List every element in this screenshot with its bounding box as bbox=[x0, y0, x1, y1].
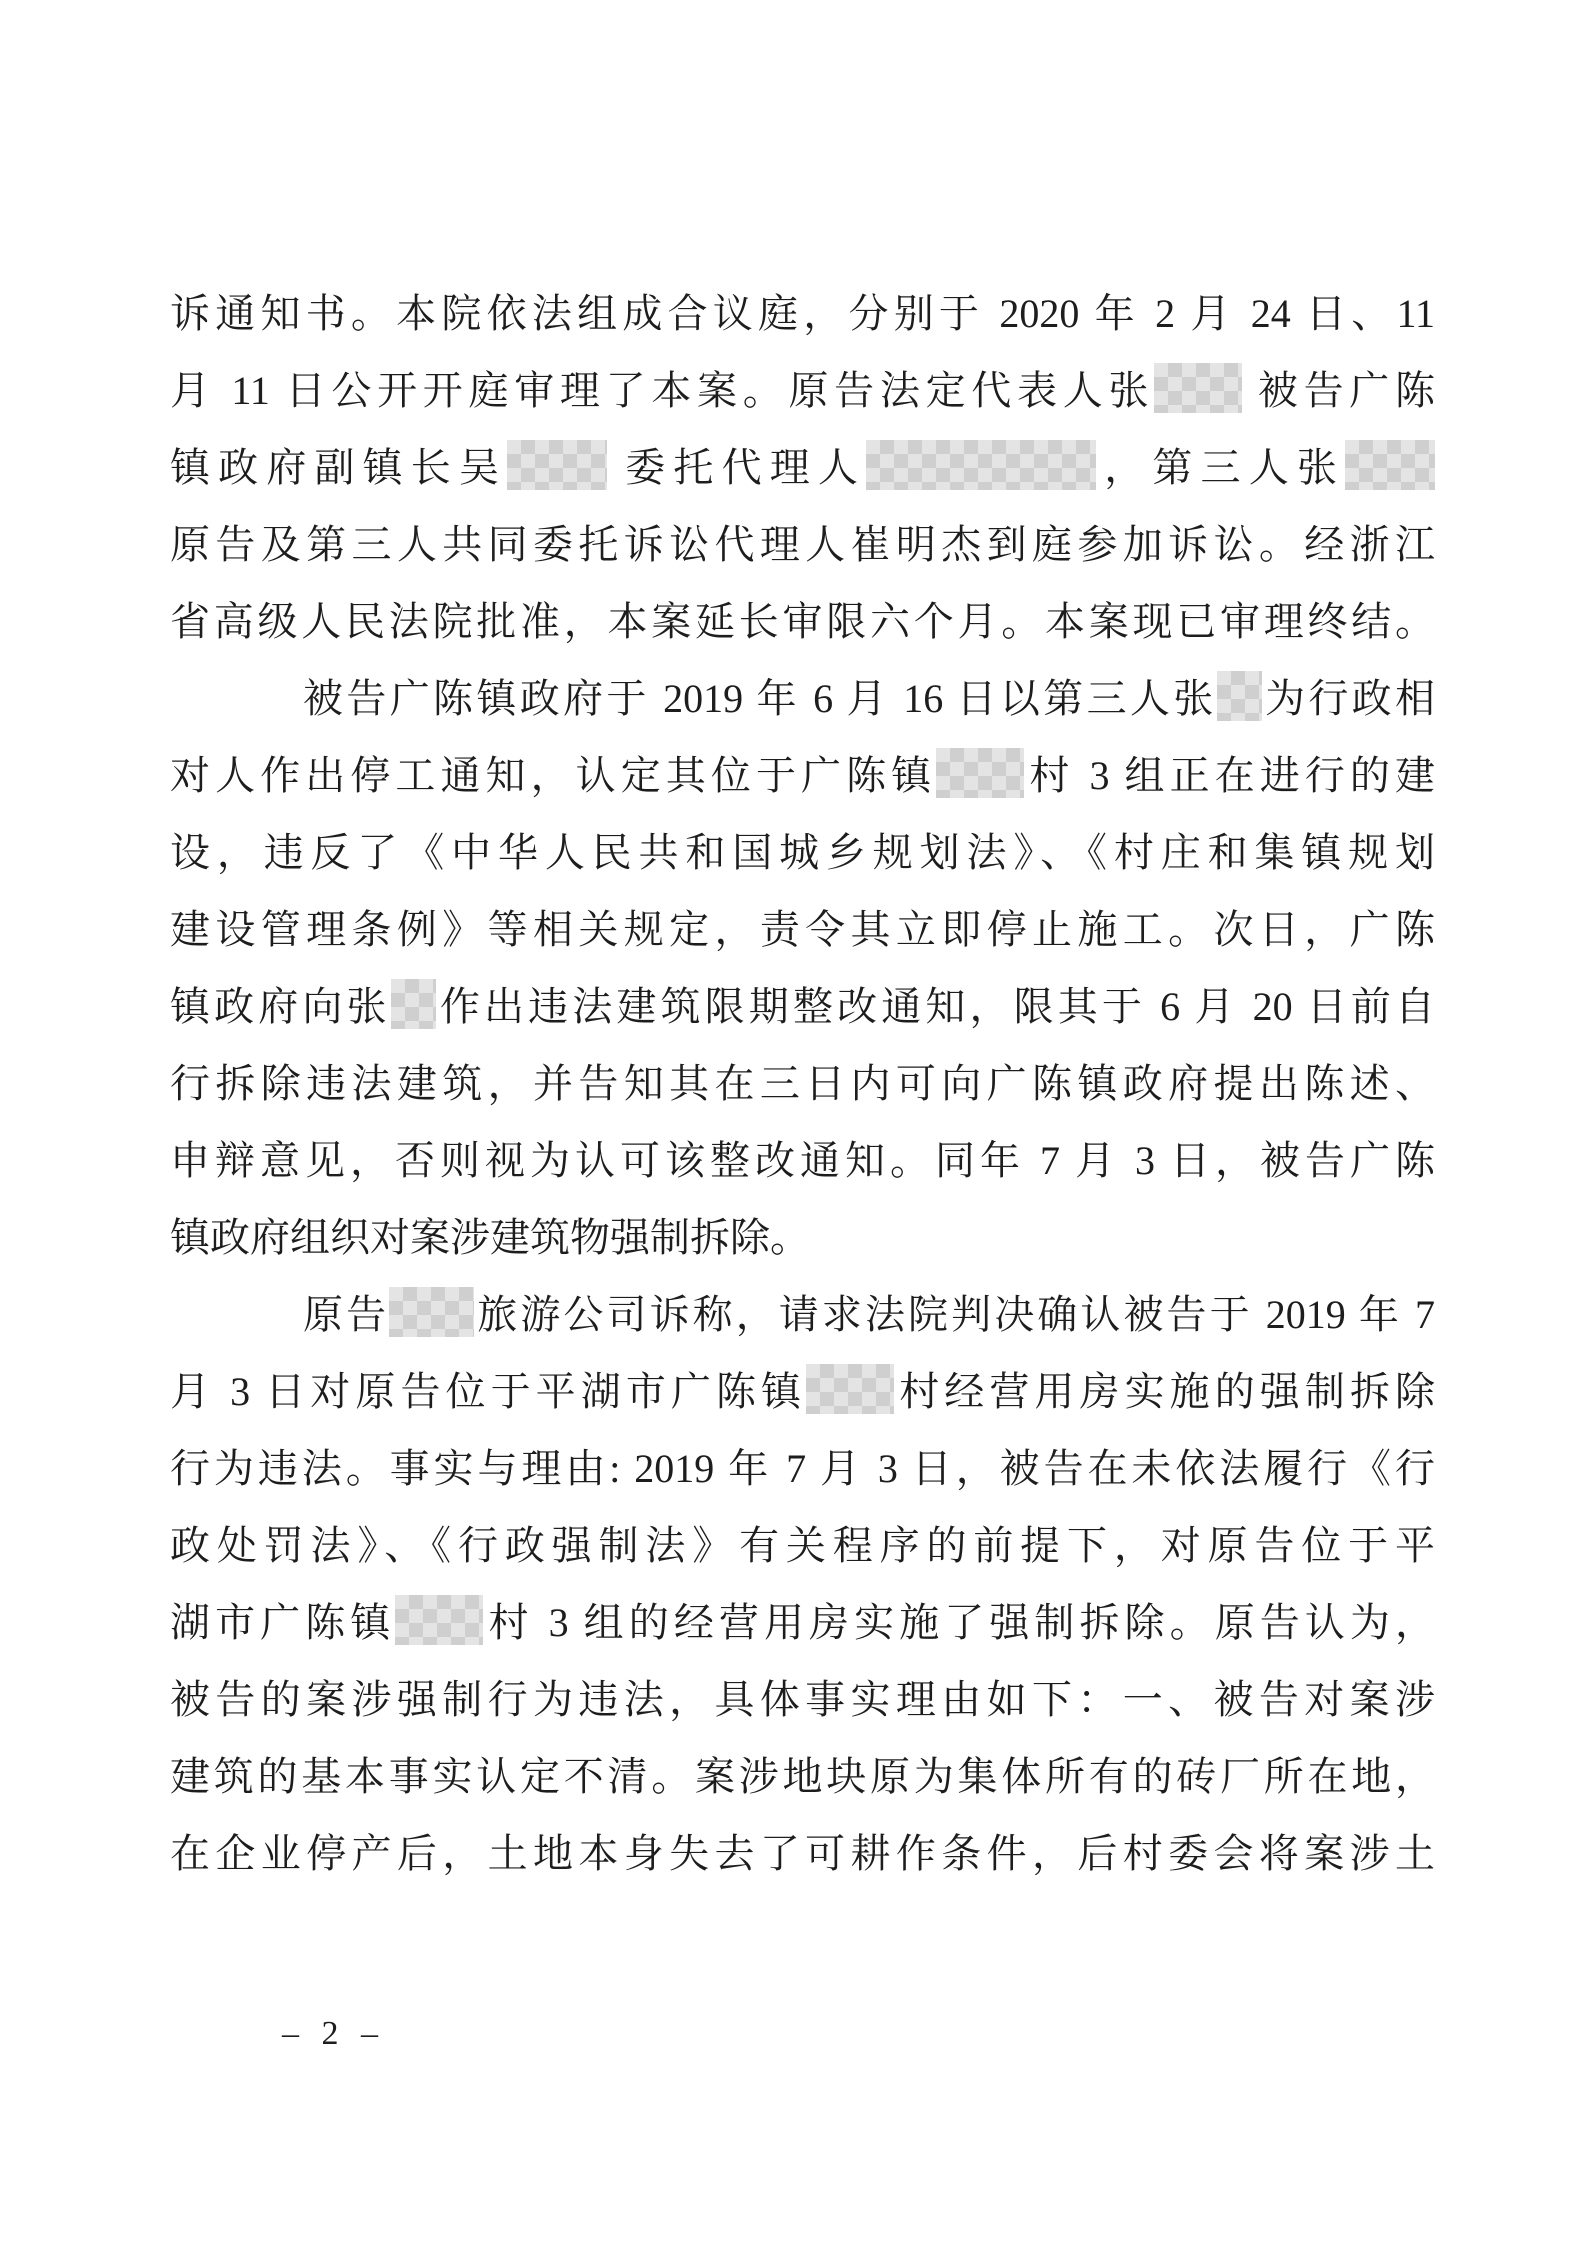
page-number: – 2 – bbox=[282, 2014, 385, 2054]
redaction-block bbox=[1345, 440, 1435, 490]
document-line: 在企业停产后，土地本身失去了可耕作条件，后村委会将案涉土 bbox=[170, 1815, 1435, 1892]
redaction-block bbox=[1217, 671, 1262, 721]
text-run: ，第三人张 bbox=[1096, 445, 1345, 490]
text-run: 被告广陈镇政府于 2019 年 6 月 16 日以第三人张 bbox=[303, 676, 1217, 721]
document-line: 建设管理条例》等相关规定，责令其立即停止施工。次日，广陈 bbox=[170, 891, 1435, 968]
text-run: 村 3 组的经营用房实施了强制拆除。原告认为， bbox=[483, 1600, 1435, 1645]
text-run: 原告 bbox=[303, 1292, 389, 1337]
text-run: 被告的案涉强制行为违法，具体事实理由如下：一、被告对案涉 bbox=[170, 1677, 1435, 1722]
document-line: 镇政府向张作出违法建筑限期整改通知，限其于 6 月 20 日前自 bbox=[170, 968, 1435, 1045]
document-line: 建筑的基本事实认定不清。案涉地块原为集体所有的砖厂所在地， bbox=[170, 1738, 1435, 1815]
text-run: 行拆除违法建筑，并告知其在三日内可向广陈镇政府提出陈述、 bbox=[170, 1061, 1435, 1106]
text-run: 省高级人民法院批准，本案延长审限六个月。本案现已审理终结。 bbox=[170, 599, 1435, 644]
redaction-block bbox=[936, 748, 1024, 798]
text-run: 被告广陈 bbox=[1242, 368, 1435, 413]
redaction-block bbox=[391, 979, 436, 1029]
redaction-block bbox=[507, 440, 607, 490]
document-line: 原告及第三人共同委托诉讼代理人崔明杰到庭参加诉讼。经浙江 bbox=[170, 506, 1435, 583]
document-line: 申辩意见，否则视为认可该整改通知。同年 7 月 3 日，被告广陈 bbox=[170, 1122, 1435, 1199]
text-run: 委托代理人 bbox=[607, 445, 866, 490]
document-line: 原告旅游公司诉称，请求法院判决确认被告于 2019 年 7 bbox=[170, 1276, 1435, 1353]
text-run: 设，违反了《中华人民共和国城乡规划法》、《村庄和集镇规划 bbox=[170, 830, 1435, 875]
text-run: 作出违法建筑限期整改通知，限其于 6 月 20 日前自 bbox=[436, 984, 1435, 1029]
text-run: 湖市广陈镇 bbox=[170, 1600, 395, 1645]
text-run: 在企业停产后，土地本身失去了可耕作条件，后村委会将案涉土 bbox=[170, 1831, 1435, 1876]
text-run: 对人作出停工通知，认定其位于广陈镇 bbox=[170, 753, 936, 798]
document-line: 镇政府组织对案涉建筑物强制拆除。 bbox=[170, 1199, 1435, 1276]
text-run: 镇政府向张 bbox=[170, 984, 391, 1029]
redaction-block bbox=[1154, 363, 1242, 413]
text-run: 村 3 组正在进行的建 bbox=[1024, 753, 1435, 798]
text-run: 旅游公司诉称，请求法院判决确认被告于 2019 年 7 bbox=[474, 1292, 1435, 1337]
text-run: 镇政府组织对案涉建筑物强制拆除。 bbox=[170, 1215, 810, 1260]
document-line: 设，违反了《中华人民共和国城乡规划法》、《村庄和集镇规划 bbox=[170, 814, 1435, 891]
text-run: 月 11 日公开开庭审理了本案。原告法定代表人张 bbox=[170, 368, 1154, 413]
document-line: 诉通知书。本院依法组成合议庭，分别于 2020 年 2 月 24 日、11 bbox=[170, 275, 1435, 352]
document-body: 诉通知书。本院依法组成合议庭，分别于 2020 年 2 月 24 日、11月 1… bbox=[170, 275, 1435, 1892]
text-run: 月 3 日对原告位于平湖市广陈镇 bbox=[170, 1369, 806, 1414]
redaction-block bbox=[395, 1595, 483, 1645]
text-run: 建筑的基本事实认定不清。案涉地块原为集体所有的砖厂所在地， bbox=[170, 1754, 1435, 1799]
text-run: 原告及第三人共同委托诉讼代理人崔明杰到庭参加诉讼。经浙江 bbox=[170, 522, 1435, 567]
text-run: 村经营用房实施的强制拆除 bbox=[894, 1369, 1435, 1414]
text-run: 镇政府副镇长吴 bbox=[170, 445, 507, 490]
redaction-block bbox=[866, 440, 1096, 490]
document-line: 省高级人民法院批准，本案延长审限六个月。本案现已审理终结。 bbox=[170, 583, 1435, 660]
redaction-block bbox=[389, 1287, 474, 1337]
document-line: 对人作出停工通知，认定其位于广陈镇村 3 组正在进行的建 bbox=[170, 737, 1435, 814]
document-line: 行拆除违法建筑，并告知其在三日内可向广陈镇政府提出陈述、 bbox=[170, 1045, 1435, 1122]
document-line: 月 11 日公开开庭审理了本案。原告法定代表人张 被告广陈 bbox=[170, 352, 1435, 429]
document-line: 政处罚法》、《行政强制法》有关程序的前提下，对原告位于平 bbox=[170, 1507, 1435, 1584]
text-run: 诉通知书。本院依法组成合议庭，分别于 2020 年 2 月 24 日、11 bbox=[170, 291, 1435, 336]
document-line: 月 3 日对原告位于平湖市广陈镇村经营用房实施的强制拆除 bbox=[170, 1353, 1435, 1430]
redaction-block bbox=[806, 1364, 894, 1414]
document-line: 行为违法。事实与理由: 2019 年 7 月 3 日，被告在未依法履行《行 bbox=[170, 1430, 1435, 1507]
text-run: 行为违法。事实与理由: 2019 年 7 月 3 日，被告在未依法履行《行 bbox=[170, 1446, 1435, 1491]
document-line: 镇政府副镇长吴 委托代理人，第三人张 bbox=[170, 429, 1435, 506]
document-line: 被告广陈镇政府于 2019 年 6 月 16 日以第三人张为行政相 bbox=[170, 660, 1435, 737]
text-run: 建设管理条例》等相关规定，责令其立即停止施工。次日，广陈 bbox=[170, 907, 1435, 952]
text-run: 申辩意见，否则视为认可该整改通知。同年 7 月 3 日，被告广陈 bbox=[170, 1138, 1435, 1183]
document-line: 被告的案涉强制行为违法，具体事实理由如下：一、被告对案涉 bbox=[170, 1661, 1435, 1738]
document-page: 诉通知书。本院依法组成合议庭，分别于 2020 年 2 月 24 日、11月 1… bbox=[0, 0, 1587, 2245]
document-line: 湖市广陈镇村 3 组的经营用房实施了强制拆除。原告认为， bbox=[170, 1584, 1435, 1661]
text-run: 政处罚法》、《行政强制法》有关程序的前提下，对原告位于平 bbox=[170, 1523, 1435, 1568]
text-run: 为行政相 bbox=[1262, 676, 1435, 721]
